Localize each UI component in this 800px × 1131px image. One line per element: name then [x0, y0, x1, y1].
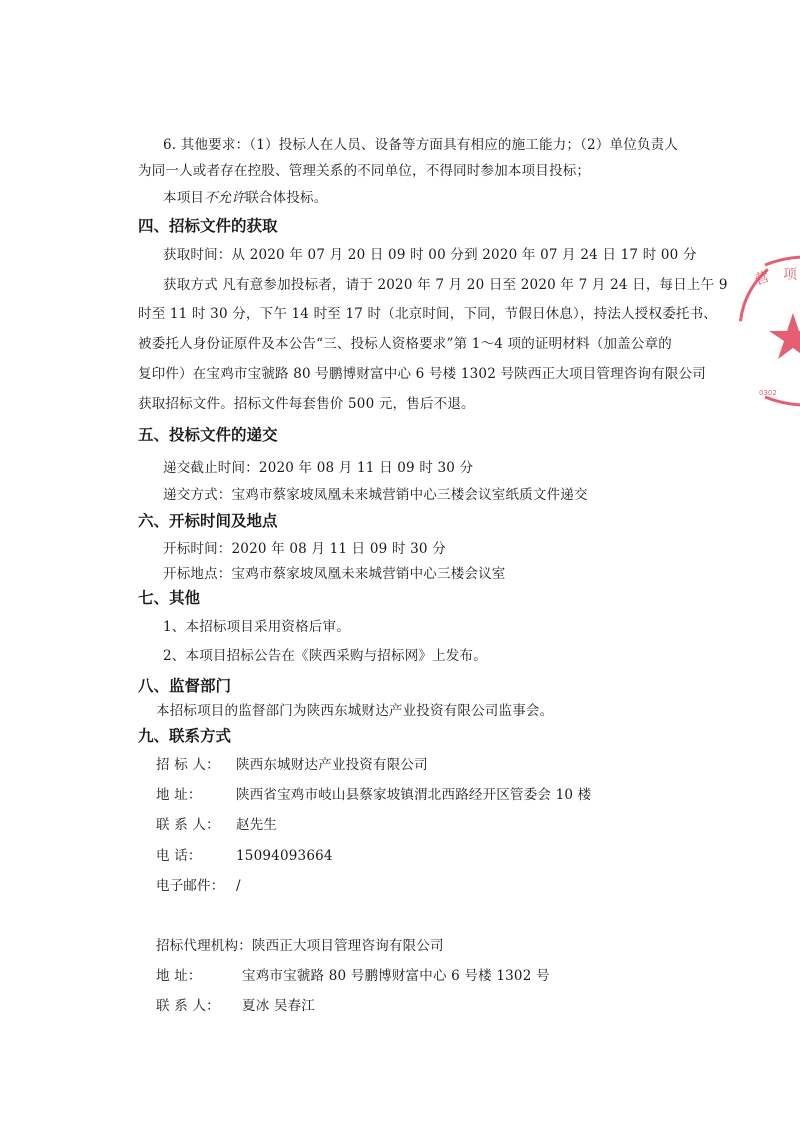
agency-address-label: 地 址：: [156, 967, 242, 985]
other-item-1: 1、本招标项目采用资格后审。: [163, 618, 350, 636]
section-6-heading: 六、开标时间及地点: [138, 511, 278, 531]
submission-deadline: 递交截止时间：2020 年 08 月 11 日 09 时 30 分: [163, 459, 473, 477]
agency-name: 陕西正大项目管理咨询有限公司: [252, 938, 444, 954]
seal-number: 0302: [759, 389, 777, 397]
agency-name-label: 招标代理机构：: [156, 938, 252, 954]
company-seal: 营 项 0302: [735, 245, 800, 415]
svg-text:项: 项: [783, 267, 798, 283]
section-7-heading: 七、其他: [138, 588, 200, 608]
tenderer-contact-row: 联 系 人：赵先生: [156, 816, 277, 834]
section-5-heading: 五、投标文件的递交: [138, 425, 278, 445]
acquisition-method-line-4: 复印件）在宝鸡市宝虢路 80 号鹏博财富中心 6 号楼 1302 号陕西正大项目…: [138, 365, 706, 383]
section-4-heading: 四、招标文件的获取: [138, 216, 278, 236]
agency-contact-label: 联 系 人：: [156, 997, 242, 1015]
consortium-suffix: 联合体投标。: [245, 190, 327, 206]
svg-text:营: 营: [753, 268, 772, 289]
seal-icon: 营 项 0302: [735, 245, 800, 415]
tenderer-address-row: 地 址：陕西省宝鸡市岐山县蔡家坡镇渭北西路经开区管委会 10 楼: [156, 786, 591, 804]
tenderer-name-row: 招 标 人：陕西东城财达产业投资有限公司: [156, 756, 428, 774]
consortium-prefix: 本项目: [163, 190, 204, 206]
tenderer-phone-label: 电 话：: [156, 847, 236, 865]
tenderer-phone: 15094093664: [236, 848, 333, 864]
other-item-2: 2、本项目招标公告在《陕西采购与招标网》上发布。: [163, 647, 487, 665]
agency-contact: 夏冰 吴春江: [242, 998, 315, 1014]
agency-address: 宝鸡市宝虢路 80 号鹏博财富中心 6 号楼 1302 号: [242, 968, 550, 984]
opening-place: 开标地点：宝鸡市蔡家坡凤凰未来城营销中心三楼会议室: [163, 565, 506, 583]
requirement-6-line-2: 为同一人或者存在控股、管理关系的不同单位，不得同时参加本项目投标；: [138, 162, 590, 180]
tenderer-name-label: 招 标 人：: [156, 756, 236, 774]
tenderer-phone-row: 电 话：15094093664: [156, 847, 333, 865]
tenderer-name: 陕西东城财达产业投资有限公司: [236, 757, 428, 773]
tenderer-address: 陕西省宝鸡市岐山县蔡家坡镇渭北西路经开区管委会 10 楼: [236, 787, 591, 803]
consortium-emphasis: 不允许: [204, 190, 245, 206]
tenderer-email-row: 电子邮件：/: [156, 877, 241, 895]
acquisition-method-line-1: 获取方式 凡有意参加投标者，请于 2020 年 7 月 20 日至 2020 年…: [163, 276, 728, 294]
opening-time: 开标时间：2020 年 08 月 11 日 09 时 30 分: [163, 540, 446, 558]
tenderer-email-label: 电子邮件：: [156, 877, 236, 895]
requirement-6-line-1: 6. 其他要求：（1）投标人在人员、设备等方面具有相应的施工能力；（2）单位负责…: [163, 136, 678, 154]
acquisition-method-line-5: 获取招标文件。招标文件每套售价 500 元，售后不退。: [138, 395, 475, 413]
agency-contact-row: 联 系 人：夏冰 吴春江: [156, 997, 315, 1015]
tenderer-contact: 赵先生: [236, 817, 277, 833]
section-8-heading: 八、监督部门: [138, 676, 231, 696]
acquisition-time: 获取时间：从 2020 年 07 月 20 日 09 时 00 分到 2020 …: [163, 246, 697, 264]
tenderer-contact-label: 联 系 人：: [156, 816, 236, 834]
agency-name-row: 招标代理机构：陕西正大项目管理咨询有限公司: [156, 937, 444, 955]
submission-method: 递交方式：宝鸡市蔡家坡凤凰未来城营销中心三楼会议室纸质文件递交: [163, 486, 588, 504]
supervision-text: 本招标项目的监督部门为陕西东城财达产业投资有限公司监事会。: [156, 702, 553, 720]
acquisition-method-line-3: 被委托人身份证原件及本公告“三、投标人资格要求”第 1～4 项的证明材料（加盖公…: [138, 335, 672, 353]
tenderer-address-label: 地 址：: [156, 786, 236, 804]
section-9-heading: 九、联系方式: [138, 726, 231, 746]
consortium-statement: 本项目不允许联合体投标。: [163, 189, 327, 207]
acquisition-method-line-2: 时至 11 时 30 分，下午 14 时至 17 时（北京时间，下同，节假日休息…: [138, 305, 717, 323]
tenderer-email: /: [236, 878, 241, 894]
agency-address-row: 地 址：宝鸡市宝虢路 80 号鹏博财富中心 6 号楼 1302 号: [156, 967, 550, 985]
